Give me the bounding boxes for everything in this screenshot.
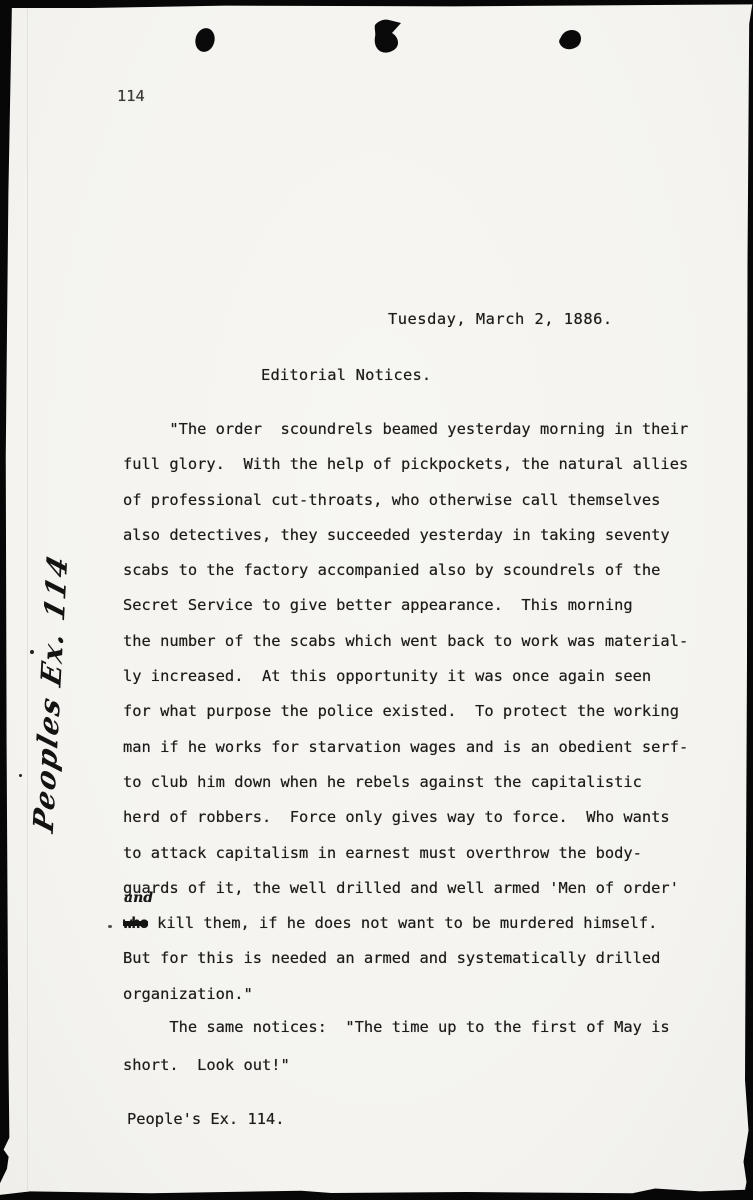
ink-blot-right-icon — [557, 28, 583, 52]
ink-speck — [108, 925, 112, 928]
typed-line: But for this is needed an armed and syst… — [123, 941, 723, 976]
typed-line: short. Look out!" — [123, 1046, 723, 1084]
line-remainder: kill them, if he does not want to be mur… — [148, 914, 658, 932]
scanned-document-page: 114 Tuesday, March 2, 1886. Editorial No… — [0, 0, 753, 1200]
date-line: Tuesday, March 2, 1886. — [388, 310, 613, 328]
typed-line: the number of the scabs which went back … — [123, 624, 723, 659]
typed-line: herd of robbers. Force only gives way to… — [123, 800, 723, 835]
typed-line: ly increased. At this opportunity it was… — [123, 659, 723, 694]
paragraph-2: The same notices: "The time up to the fi… — [123, 1008, 723, 1084]
ink-speck — [30, 650, 34, 654]
typed-line: to attack capitalism in earnest must ove… — [123, 836, 723, 871]
typed-line: The same notices: "The time up to the fi… — [123, 1008, 723, 1046]
typed-line: Secret Service to give better appearance… — [123, 588, 723, 623]
left-scan-edge — [0, 0, 12, 1200]
handwritten-marginalia: Peoples Ex. 114 — [26, 528, 88, 861]
struck-out-word: who — [123, 914, 148, 932]
paper-edge-line — [27, 8, 28, 1192]
ink-blot-left-icon — [193, 26, 217, 54]
typed-line: to club him down when he rebels against … — [123, 765, 723, 800]
exhibit-label: People's Ex. 114. — [127, 1110, 285, 1128]
typed-line: scabs to the factory accompanied also by… — [123, 553, 723, 588]
typed-line: also detectives, they succeeded yesterda… — [123, 518, 723, 553]
typed-line: guards of it, the well drilled and well … — [123, 871, 723, 906]
paragraph-1: "The order scoundrels beamed yesterday m… — [123, 412, 723, 1012]
typed-line: man if he works for starvation wages and… — [123, 730, 723, 765]
handwritten-insertion: and — [124, 891, 153, 905]
bottom-scan-edge — [0, 1184, 753, 1200]
paragraph-1-lines-b: But for this is needed an armed and syst… — [123, 941, 723, 1012]
typed-line: of professional cut-throats, who otherwi… — [123, 483, 723, 518]
typed-line: for what purpose the police existed. To … — [123, 694, 723, 729]
correction-group: andwho — [123, 906, 148, 941]
typed-line-with-correction: andwho kill them, if he does not want to… — [123, 906, 723, 941]
ink-ribbon-blot-center-icon — [372, 19, 404, 55]
typed-line: "The order scoundrels beamed yesterday m… — [123, 412, 723, 447]
page-number: 114 — [117, 87, 145, 105]
paragraph-1-lines-a: "The order scoundrels beamed yesterday m… — [123, 412, 723, 906]
typed-line: organization." — [123, 977, 723, 1012]
section-heading: Editorial Notices. — [261, 366, 431, 384]
top-scan-edge — [0, 0, 753, 8]
typed-line: full glory. With the help of pickpockets… — [123, 447, 723, 482]
ink-speck — [19, 774, 22, 777]
right-scan-edge — [743, 0, 753, 1200]
